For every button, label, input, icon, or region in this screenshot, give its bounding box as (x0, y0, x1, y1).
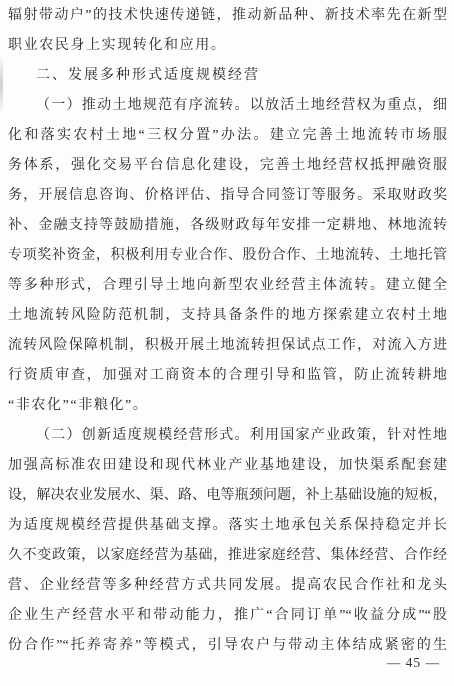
scan-artifact (0, 55, 3, 115)
text-line: 久不变政策，以家庭经营为基础，推进家庭经营、集体经营、合作经 (8, 541, 447, 571)
text-line: 化和落实农村土地“三权分置”办法。建立完善土地流转市场服 (8, 121, 447, 151)
text-line: 土地流转风险防范机制，支持具备条件的地方探索建立农村土地 (8, 301, 447, 331)
text-line: 职业农民身上实现转化和应用。 (8, 31, 447, 61)
text-line: 为适度规模经营提供基础支撑。落实土地承包关系保持稳定并长 (8, 511, 447, 541)
text-line: 补、金融支持等鼓励措施，各级财政每年安排一定耕地、林地流转 (8, 211, 447, 241)
text-line: 流转风险保障机制，积极开展土地流转担保试点工作，对流入方进 (8, 331, 447, 361)
text-line: 加强高标准农田建设和现代林业产业基地建设，加快渠系配套建 (8, 451, 447, 481)
document-text: 辐射带动户”的技术快速传递链，推动新品种、新技术率先在新型 职业农民身上实现转化… (8, 1, 447, 661)
text-line: 企业生产经营水平和带动能力，推广“合同订单”“收益分成”“股 (8, 601, 447, 631)
paragraph-start-line: （一）推动土地规范有序流转。以放活土地经营权为重点，细 (8, 91, 447, 121)
text-line: 专项奖补资金，积极利用专业合作、股份合作、土地流转、土地托管 (8, 241, 447, 271)
text-line: “非农化”“非粮化”。 (8, 391, 447, 421)
section-heading: 二、发展多种形式适度规模经营 (8, 61, 447, 91)
text-line: 营、企业经营等多种经营方式共同发展。提高农民合作社和龙头 (8, 571, 447, 601)
document-page: 辐射带动户”的技术快速传递链，推动新品种、新技术率先在新型 职业农民身上实现转化… (0, 0, 454, 686)
text-line: 行资质审查，加强对工商资本的合理引导和监管，防止流转耕地 (8, 361, 447, 391)
text-line: 设，解决农业发展水、渠、路、电等瓶颈问题，补上基础设施的短板， (8, 481, 447, 511)
paragraph-start-line: （二）创新适度规模经营形式。利用国家产业政策，针对性地 (8, 421, 447, 451)
page-number: — 45 — (387, 655, 440, 671)
text-line: 等多种形式，合理引导土地向新型农业经营主体流转。建立健全 (8, 271, 447, 301)
text-line: 务，开展信息咨询、价格评估、指导合同签订等服务。采取财政奖 (8, 181, 447, 211)
text-line: 务体系，强化交易平台信息化建设，完善土地经营权抵押融资服 (8, 151, 447, 181)
text-line: 份合作”“托养寄养”等模式，引导农户与带动主体结成紧密的生 (8, 631, 447, 661)
text-line: 辐射带动户”的技术快速传递链，推动新品种、新技术率先在新型 (8, 1, 447, 31)
